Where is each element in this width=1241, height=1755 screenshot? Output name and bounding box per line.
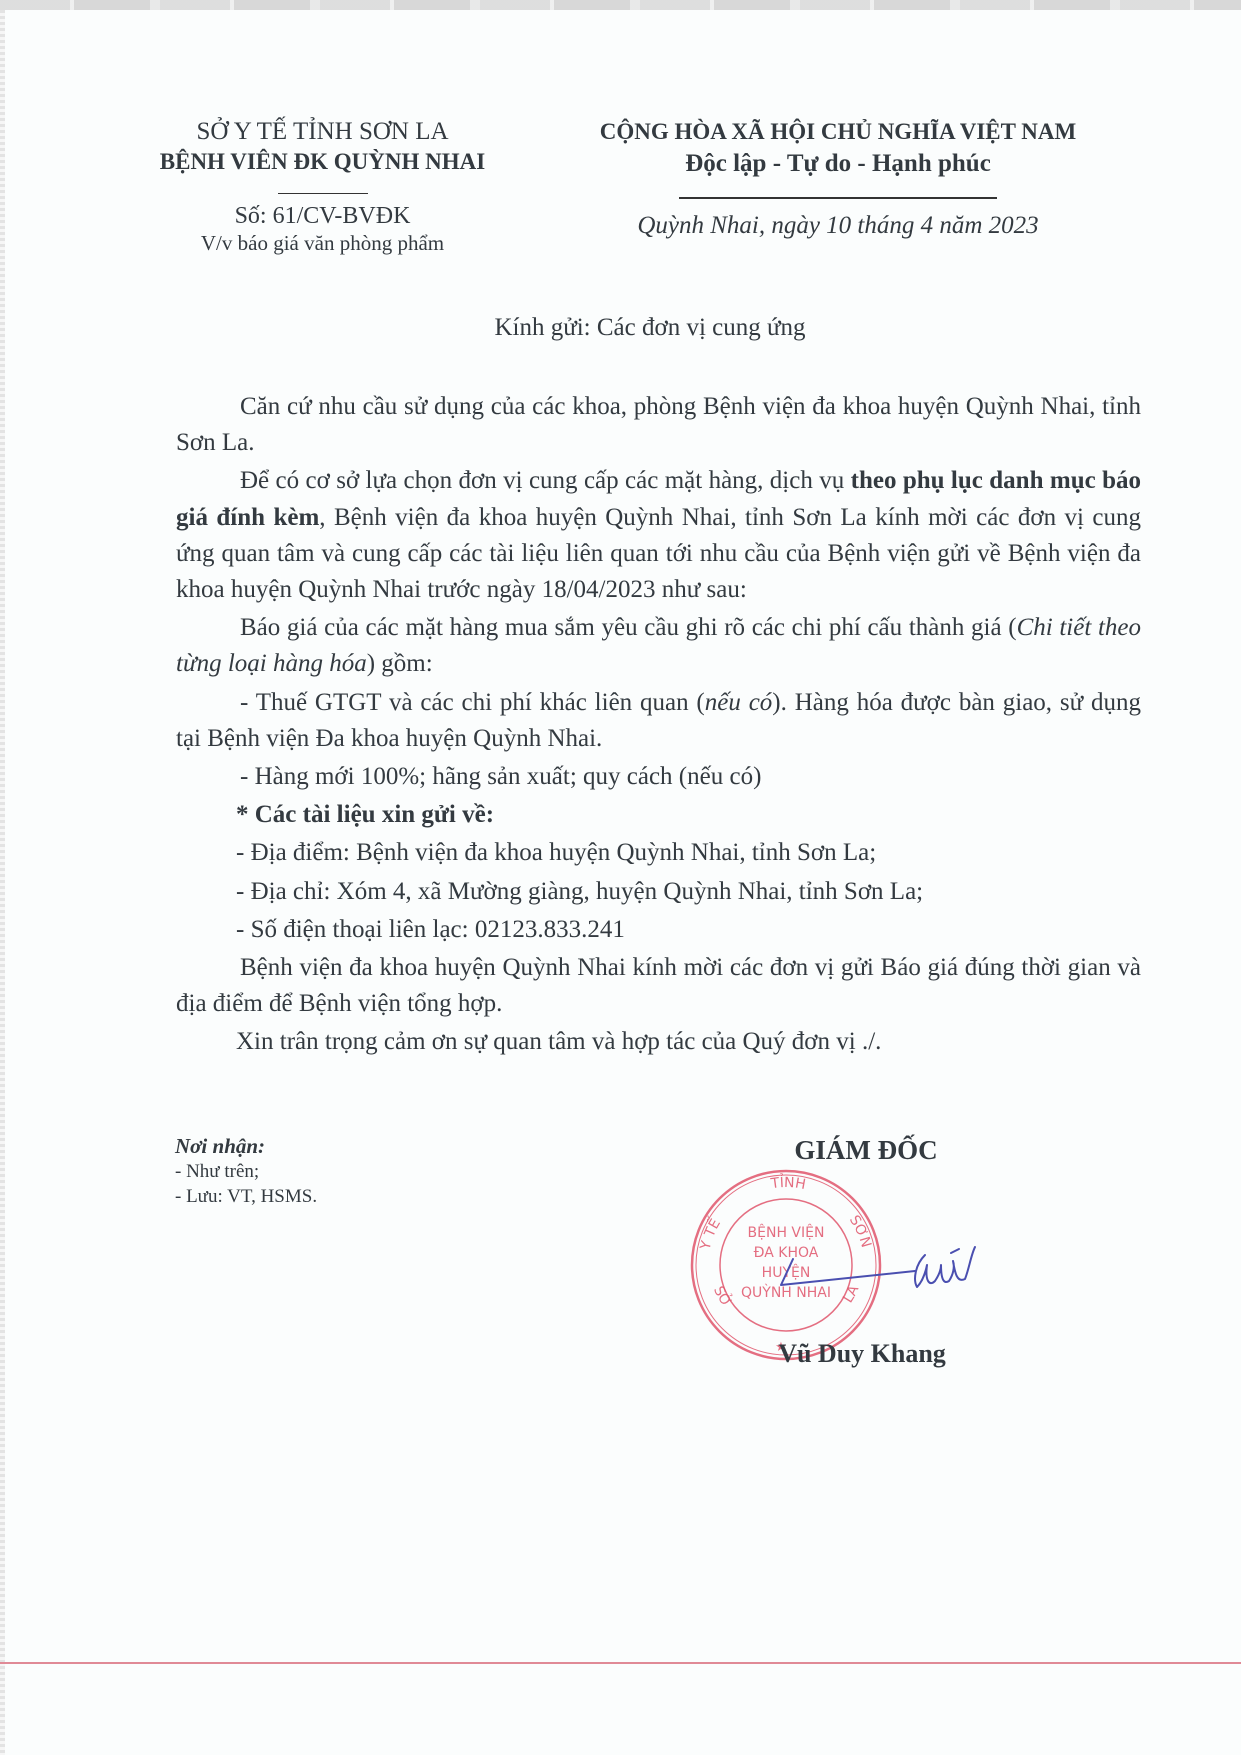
- header-left: SỞ Y TẾ TỈNH SƠN LA BỆNH VIÊN ĐK QUỲNH N…: [140, 117, 505, 256]
- text: - Thuế GTGT và các chi phí khác liên qua…: [240, 689, 705, 716]
- authority-name: SỞ Y TẾ TỈNH SƠN LA: [140, 117, 505, 147]
- paragraph-new-goods: - Hàng mới 100%; hãng sản xuất; quy cách…: [176, 759, 1141, 795]
- header-right-divider: [679, 197, 997, 199]
- document-subject: V/v báo giá văn phòng phẩm: [140, 230, 505, 256]
- letter-body: Căn cứ nhu cầu sử dụng của các khoa, phò…: [176, 389, 1141, 1061]
- text: , Bệnh viện đa khoa huyện Quỳnh Nhai, tỉ…: [176, 504, 1141, 603]
- text: ) gồm:: [367, 650, 433, 677]
- handwritten-signature-icon: [775, 1225, 1015, 1315]
- paragraph-invitation: Bệnh viện đa khoa huyện Quỳnh Nhai kính …: [176, 950, 1141, 1022]
- page-bottom-rule: [0, 1662, 1241, 1664]
- document-number: Số: 61/CV-BVĐK: [140, 202, 505, 230]
- recipient-item: - Lưu: VT, HSMS.: [175, 1184, 515, 1209]
- organization-name: BỆNH VIÊN ĐK QUỲNH NHAI: [140, 147, 505, 177]
- recipient-line: Kính gửi: Các đơn vị cung ứng: [150, 312, 1150, 344]
- national-motto: Độc lập - Tự do - Hạnh phúc: [568, 147, 1108, 181]
- signer-block: GIÁM ĐỐC Vũ Duy Khang: [700, 1133, 1040, 1167]
- paragraph-purpose: Để có cơ sở lựa chọn đơn vị cung cấp các…: [176, 463, 1141, 608]
- paragraph-quote-requirements: Báo giá của các mặt hàng mua sắm yêu cầu…: [176, 610, 1141, 682]
- scan-edge-top: [0, 0, 1241, 10]
- recipient-item: - Như trên;: [175, 1159, 515, 1184]
- paragraph-thanks: Xin trân trọng cảm ơn sự quan tâm và hợp…: [176, 1024, 1141, 1060]
- svg-text:SỞ: SỞ: [710, 1284, 737, 1310]
- header-right: CỘNG HÒA XÃ HỘI CHỦ NGHĨA VIỆT NAM Độc l…: [568, 117, 1108, 241]
- header-left-divider: [278, 193, 368, 194]
- documents-heading: * Các tài liệu xin gửi về:: [176, 797, 1141, 833]
- scan-edge-left: [0, 10, 5, 1755]
- recipients-block: Nơi nhận: - Như trên; - Lưu: VT, HSMS.: [175, 1133, 515, 1209]
- recipients-title: Nơi nhận:: [175, 1133, 515, 1159]
- place-and-date: Quỳnh Nhai, ngày 10 tháng 4 năm 2023: [568, 211, 1108, 241]
- text: Để có cơ sở lựa chọn đơn vị cung cấp các…: [240, 467, 851, 494]
- signer-title: GIÁM ĐỐC: [692, 1133, 1040, 1167]
- nation-name: CỘNG HÒA XÃ HỘI CHỦ NGHĨA VIỆT NAM: [568, 117, 1108, 147]
- phone-line: - Số điện thoại liên lạc: 02123.833.241: [176, 912, 1141, 948]
- paragraph-vat: - Thuế GTGT và các chi phí khác liên qua…: [176, 685, 1141, 757]
- signer-name: Vũ Duy Khang: [692, 1339, 1032, 1369]
- text: Báo giá của các mặt hàng mua sắm yêu cầu…: [240, 614, 1017, 641]
- location-line: - Địa điểm: Bệnh viện đa khoa huyện Quỳn…: [176, 835, 1141, 871]
- address-line: - Địa chỉ: Xóm 4, xã Mường giàng, huyện …: [176, 874, 1141, 910]
- paragraph-basis: Căn cứ nhu cầu sử dụng của các khoa, phò…: [176, 389, 1141, 461]
- emphasis-if-any: nếu có: [705, 689, 773, 716]
